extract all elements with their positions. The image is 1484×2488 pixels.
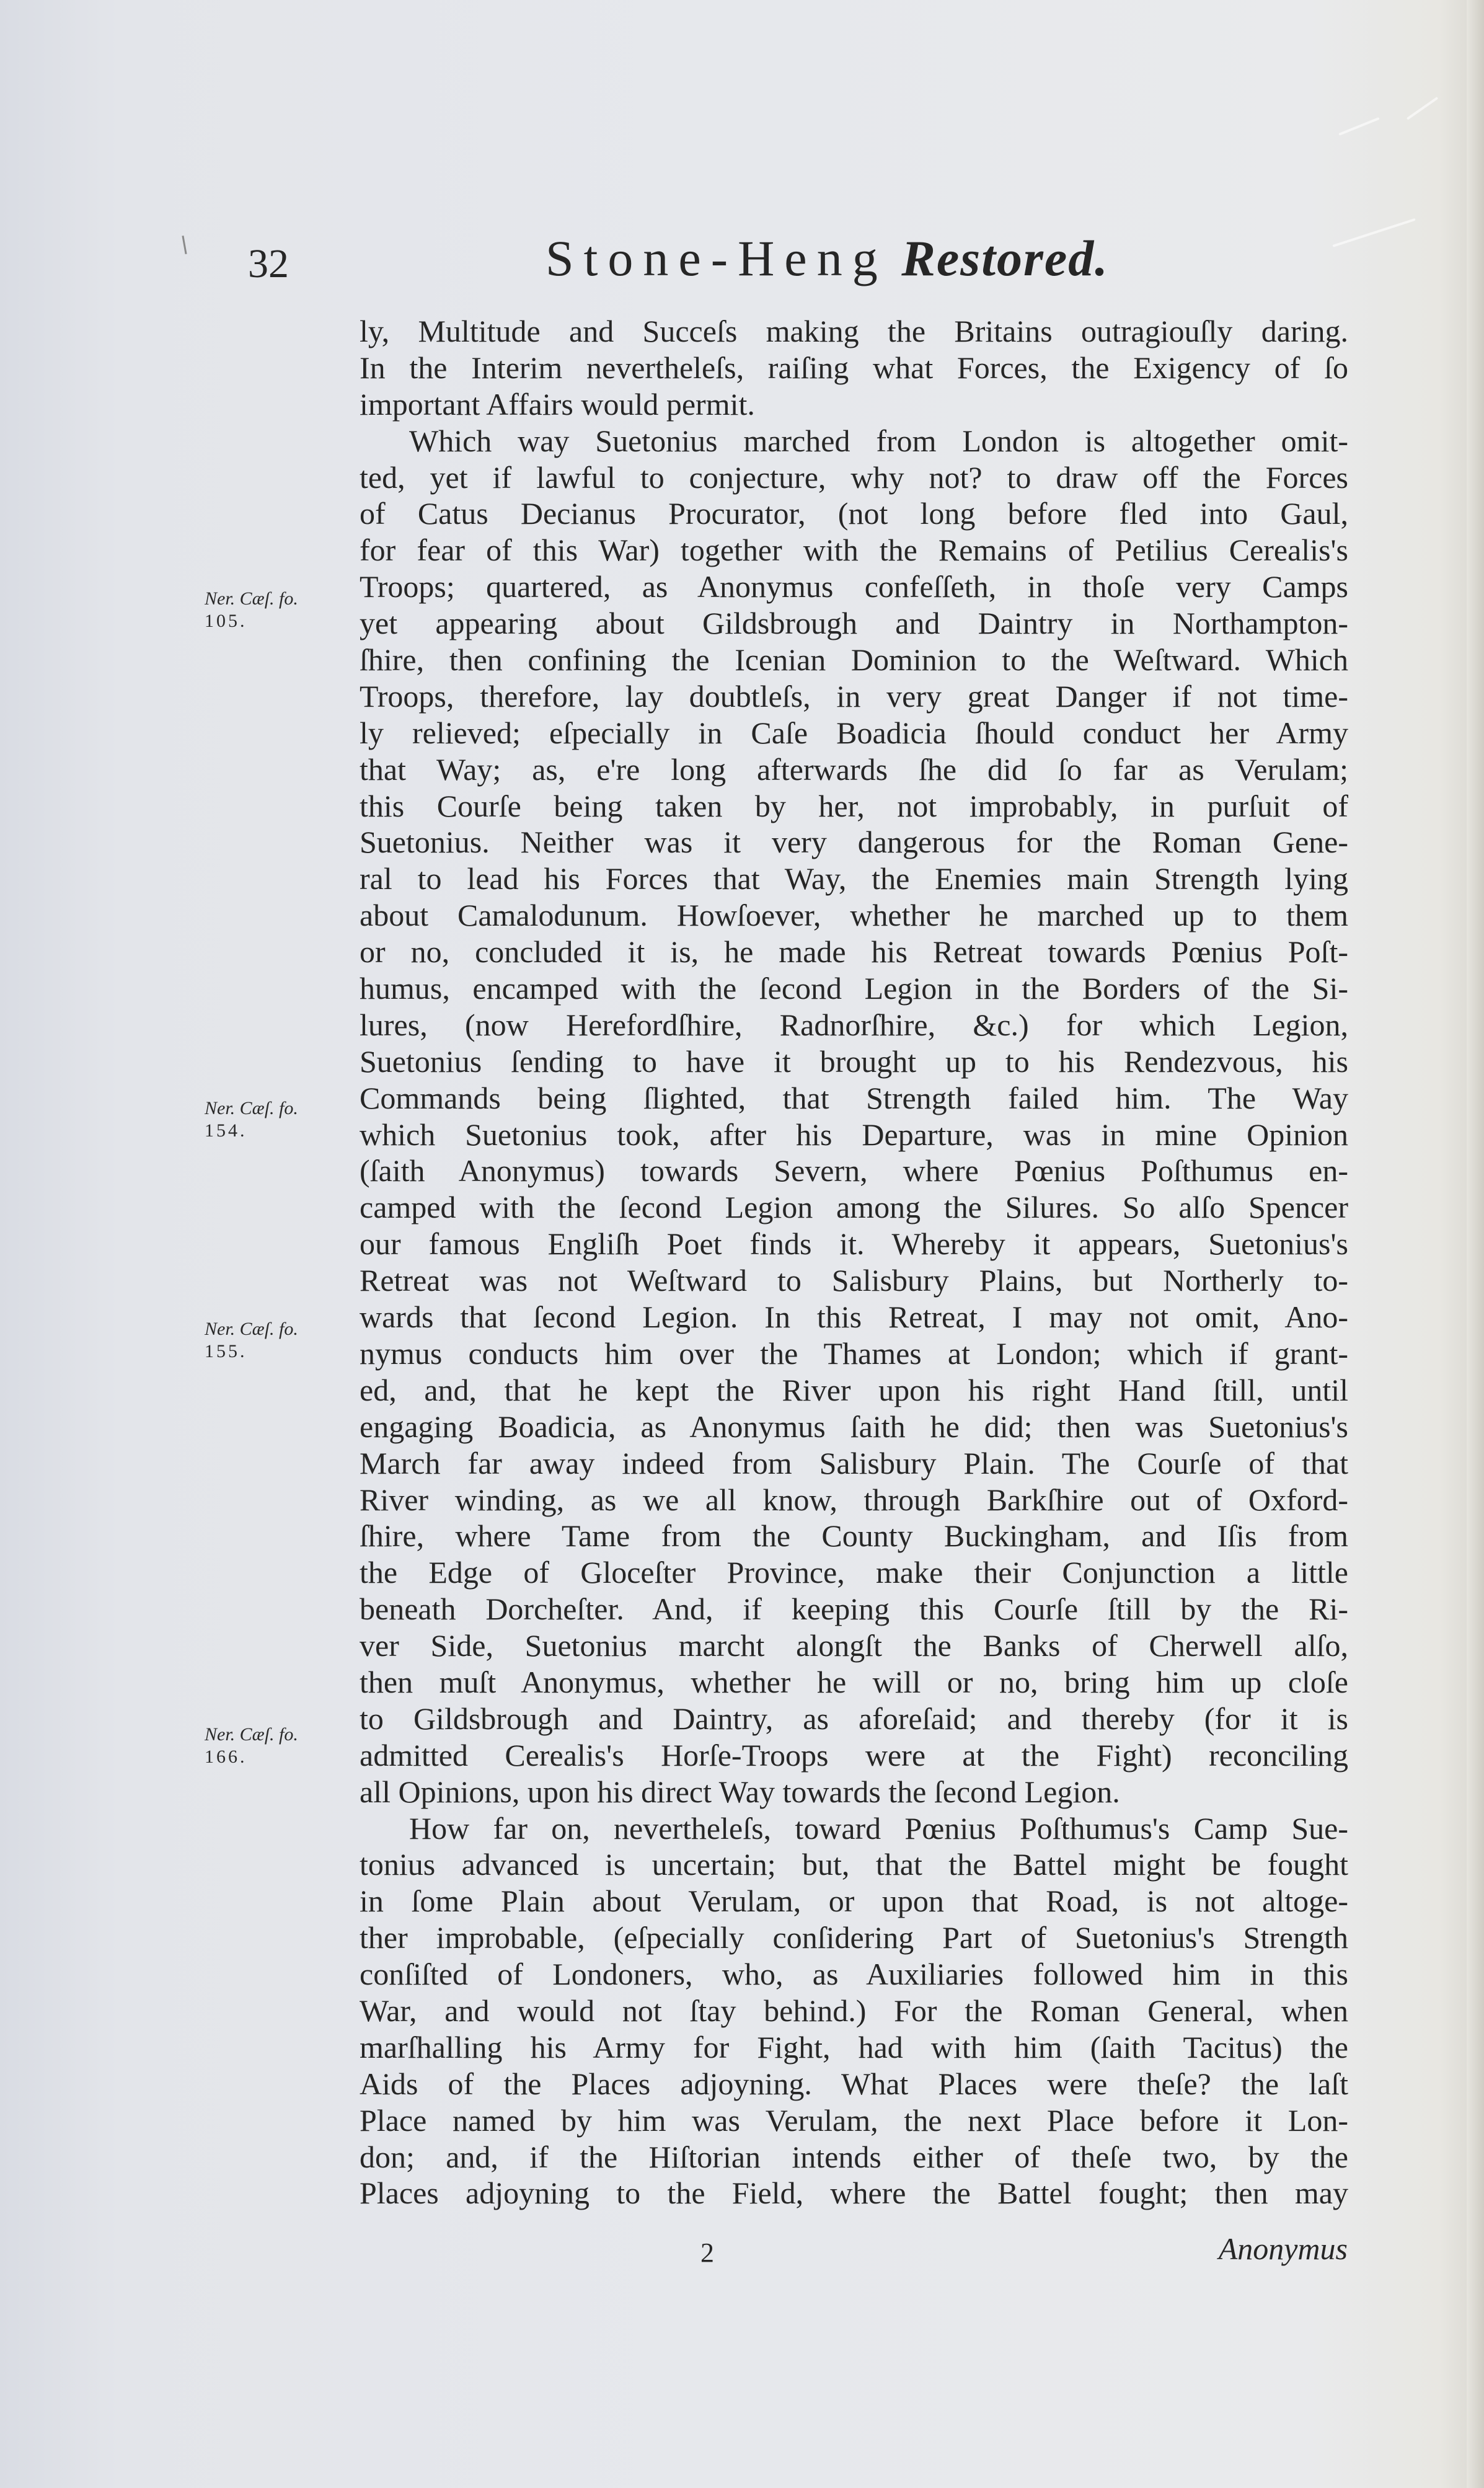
text-line: tonius advanced is uncertain; but, that …: [360, 1846, 1348, 1883]
page-number: 32: [248, 241, 289, 288]
text-line: for fear of this War) together with the …: [360, 532, 1348, 569]
text-line: the Edge of Gloceſter Province, make the…: [360, 1554, 1348, 1591]
text-line: yet appearing about Gildsbrough and Dain…: [360, 605, 1348, 642]
text-line: camped with the ſecond Legion among the …: [360, 1189, 1348, 1226]
text-line: ther improbable, (eſpecially conſidering…: [360, 1919, 1348, 1956]
text-line: admitted Cerealis's Horſe-Troops were at…: [360, 1737, 1348, 1774]
text-line: or no, concluded it is, he made his Retr…: [360, 934, 1348, 970]
margin-note-ref: Ner. Cæſ. fo.: [205, 588, 298, 610]
text-line: engaging Boadicia, as Anonymus ſaith he …: [360, 1409, 1348, 1445]
text-line: our famous Engliſh Poet finds it. Whereb…: [360, 1226, 1348, 1262]
running-header: 32 Stone-Heng Restored.: [236, 229, 1364, 298]
text-line: to Gildsbrough and Daintry, as aforeſaid…: [360, 1701, 1348, 1737]
running-title: Stone-Heng Restored.: [545, 229, 1109, 288]
text-line: lures, (now Herefordſhire, Radnorſhire, …: [360, 1007, 1348, 1043]
signature-mark: 2: [700, 2237, 714, 2269]
margin-note-ref: Ner. Cæſ. fo.: [205, 1097, 298, 1120]
margin-note-number: 155.: [205, 1340, 298, 1363]
text-line: March far away indeed from Salisbury Pla…: [360, 1445, 1348, 1482]
text-line: ly, Multitude and Succeſs making the Bri…: [360, 313, 1348, 350]
text-line: this Courſe being taken by her, not impr…: [360, 788, 1348, 825]
text-line: Retreat was not Weſtward to Salisbury Pl…: [360, 1262, 1348, 1299]
text-line: ſhire, then confining the Icenian Domini…: [360, 642, 1348, 678]
text-line: River winding, as we all know, through B…: [360, 1482, 1348, 1518]
text-line: in ſome Plain about Verulam, or upon tha…: [360, 1883, 1348, 1919]
margin-note: Ner. Cæſ. fo. 105.: [205, 588, 298, 632]
text-line: conſiſted of Londoners, who, as Auxiliar…: [360, 1956, 1348, 1993]
text-line: beneath Dorcheſter. And, if keeping this…: [360, 1591, 1348, 1627]
text-line: marſhalling his Army for Fight, had with…: [360, 2029, 1348, 2066]
text-line: that Way; as, e're long afterwards ſhe d…: [360, 751, 1348, 788]
text-line: Place named by him was Verulam, the next…: [360, 2102, 1348, 2139]
text-line: War, and would not ſtay behind.) For the…: [360, 1993, 1348, 2029]
text-line: of Catus Decianus Procurator, (not long …: [360, 495, 1348, 532]
text-line: then muſt Anonymus, whether he will or n…: [360, 1664, 1348, 1701]
title-smallcaps: Stone-Heng: [545, 230, 888, 286]
text-line: (ſaith Anonymus) towards Severn, where P…: [360, 1153, 1348, 1189]
text-line: all Opinions, upon his direct Way toward…: [360, 1774, 1348, 1810]
text-line: ral to lead his Forces that Way, the Ene…: [360, 861, 1348, 897]
text-line: about Camalodunum. Howſoever, whether he…: [360, 897, 1348, 934]
text-line: ſhire, where Tame from the County Buckin…: [360, 1518, 1348, 1554]
text-line: Places adjoyning to the Field, where the…: [360, 2175, 1348, 2211]
text-line: don; and, if the Hiſtorian intends eithe…: [360, 2139, 1348, 2176]
text-line: wards that ſecond Legion. In this Retrea…: [360, 1299, 1348, 1335]
paper-crease: [1407, 97, 1438, 120]
catchword: Anonymus: [1219, 2231, 1348, 2267]
margin-note: Ner. Cæſ. fo. 154.: [205, 1097, 298, 1142]
text-line: ted, yet if lawful to conjecture, why no…: [360, 459, 1348, 496]
text-line: Troops; quartered, as Anonymus confeſſet…: [360, 569, 1348, 605]
text-line: Which way Suetonius marched from London …: [360, 423, 1348, 459]
margin-note-number: 105.: [205, 610, 298, 632]
text-line: Aids of the Places adjoyning. What Place…: [360, 2066, 1348, 2102]
text-line: In the Interim nevertheleſs, raiſing wha…: [360, 350, 1348, 386]
title-italic: Restored.: [901, 230, 1109, 286]
body-text: ly, Multitude and Succeſs making the Bri…: [360, 313, 1348, 2211]
text-line: ver Side, Suetonius marcht alongſt the B…: [360, 1627, 1348, 1664]
margin-note: Ner. Cæſ. fo. 155.: [205, 1318, 298, 1363]
text-line: nymus conducts him over the Thames at Lo…: [360, 1335, 1348, 1372]
margin-note-ref: Ner. Cæſ. fo.: [205, 1724, 298, 1746]
text-line: ed, and, that he kept the River upon his…: [360, 1372, 1348, 1409]
text-line: Suetonius ſending to have it brought up …: [360, 1043, 1348, 1080]
text-line: humus, encamped with the ſecond Legion i…: [360, 970, 1348, 1007]
ink-mark: [182, 236, 187, 254]
margin-note-number: 166.: [205, 1746, 298, 1768]
margin-note-ref: Ner. Cæſ. fo.: [205, 1318, 298, 1340]
text-line: ly relieved; eſpecially in Caſe Boadicia…: [360, 715, 1348, 751]
text-line: Troops, therefore, lay doubtleſs, in ver…: [360, 678, 1348, 715]
text-line: How far on, nevertheleſs, toward Pœnius …: [360, 1810, 1348, 1847]
margin-note-number: 154.: [205, 1120, 298, 1142]
text-line: Commands being ſlighted, that Strength f…: [360, 1080, 1348, 1117]
margin-note: Ner. Cæſ. fo. 166.: [205, 1724, 298, 1768]
text-line: important Affairs would permit.: [360, 386, 1348, 423]
text-line: which Suetonius took, after his Departur…: [360, 1117, 1348, 1153]
text-line: Suetonius. Neither was it very dangerous…: [360, 824, 1348, 861]
paper-crease: [1338, 117, 1379, 136]
page-edge: [1467, 0, 1484, 2488]
